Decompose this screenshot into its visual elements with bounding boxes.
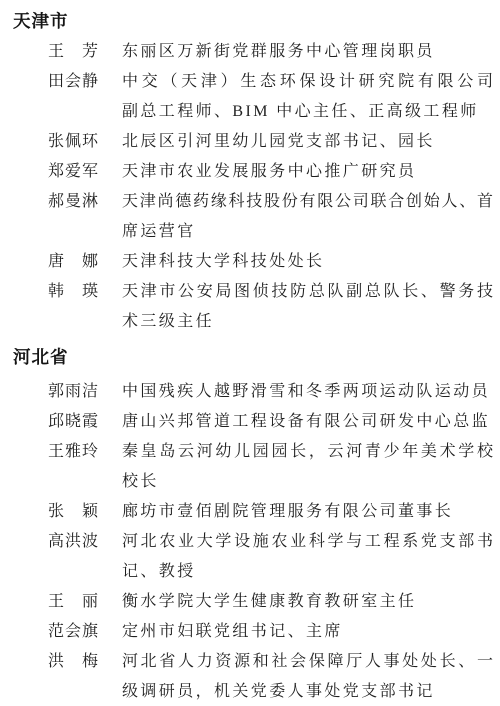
honoree-name: 王 丽 — [48, 587, 100, 617]
honoree-title-line: 河北农业大学设施农业科学与工程系党支部书 — [122, 527, 494, 557]
honoree-row: 王 丽衡水学院大学生健康教育教研室主任 — [48, 587, 500, 617]
honoree-name: 王 芳 — [48, 37, 100, 67]
honoree-row: 唐 娜天津科技大学科技处处长 — [48, 247, 500, 277]
honoree-title: 天津科技大学科技处处长 — [122, 247, 494, 277]
section-header: 天津市 — [13, 5, 500, 37]
honoree-title-line: 校长 — [122, 467, 494, 497]
honoree-row: 洪 梅河北省人力资源和社会保障厅人事处处长、一级调研员，机关党委人事处党支部书记 — [48, 647, 500, 706]
honoree-title-line: 天津市农业发展服务中心推广研究员 — [122, 157, 494, 187]
honoree-row: 田会静中交（天津）生态环保设计研究院有限公司副总工程师、BIM 中心主任、正高级… — [48, 67, 500, 127]
honoree-title: 秦皇岛云河幼儿园园长，云河青少年美术学校校长 — [122, 437, 494, 497]
honoree-name: 田会静 — [48, 67, 100, 97]
honoree-title-line: 秦皇岛云河幼儿园园长，云河青少年美术学校 — [122, 437, 494, 467]
honoree-title-line: 衡水学院大学生健康教育教研室主任 — [122, 587, 494, 617]
honoree-title: 东丽区万新街党群服务中心管理岗职员 — [122, 37, 494, 67]
honoree-title-line: 东丽区万新街党群服务中心管理岗职员 — [122, 37, 494, 67]
honoree-title: 中交（天津）生态环保设计研究院有限公司副总工程师、BIM 中心主任、正高级工程师 — [122, 67, 494, 127]
section-entries: 王 芳东丽区万新街党群服务中心管理岗职员田会静中交（天津）生态环保设计研究院有限… — [13, 37, 500, 337]
honoree-row: 郑爱军天津市农业发展服务中心推广研究员 — [48, 157, 500, 187]
honoree-name: 韩 瑛 — [48, 277, 100, 307]
honoree-title: 廊坊市壹佰剧院管理服务有限公司董事长 — [122, 497, 494, 527]
honoree-name: 郝曼淋 — [48, 187, 100, 217]
section-hebei: 河北省 郭雨洁中国残疾人越野滑雪和冬季两项运动队运动员邱晓霞唐山兴邦管道工程设备… — [13, 341, 500, 706]
honoree-row: 高洪波河北农业大学设施农业科学与工程系党支部书记、教授 — [48, 527, 500, 587]
honoree-title-line: 定州市妇联党组书记、主席 — [122, 617, 494, 647]
honoree-name: 邱晓霞 — [48, 407, 100, 437]
honoree-title-line: 唐山兴邦管道工程设备有限公司研发中心总监 — [122, 407, 494, 437]
honoree-title: 天津尚德药缘科技股份有限公司联合创始人、首席运营官 — [122, 187, 494, 247]
honoree-name: 郭雨洁 — [48, 377, 100, 407]
honoree-row: 韩 瑛天津市公安局图侦技防总队副总队长、警务技术三级主任 — [48, 277, 500, 337]
honoree-title-line: 级调研员，机关党委人事处党支部书记 — [122, 677, 494, 706]
honoree-title: 唐山兴邦管道工程设备有限公司研发中心总监 — [122, 407, 494, 437]
document-page: 天津市 王 芳东丽区万新街党群服务中心管理岗职员田会静中交（天津）生态环保设计研… — [0, 0, 500, 706]
honoree-name: 郑爱军 — [48, 157, 100, 187]
honoree-row: 郭雨洁中国残疾人越野滑雪和冬季两项运动队运动员 — [48, 377, 500, 407]
honoree-title: 河北农业大学设施农业科学与工程系党支部书记、教授 — [122, 527, 494, 587]
honoree-title: 定州市妇联党组书记、主席 — [122, 617, 494, 647]
honoree-title: 衡水学院大学生健康教育教研室主任 — [122, 587, 494, 617]
section-entries: 郭雨洁中国残疾人越野滑雪和冬季两项运动队运动员邱晓霞唐山兴邦管道工程设备有限公司… — [13, 377, 500, 706]
honoree-title: 天津市公安局图侦技防总队副总队长、警务技术三级主任 — [122, 277, 494, 337]
honoree-name: 王雅玲 — [48, 437, 100, 467]
honoree-title-line: 席运营官 — [122, 217, 494, 247]
honoree-row: 邱晓霞唐山兴邦管道工程设备有限公司研发中心总监 — [48, 407, 500, 437]
honoree-name: 张佩环 — [48, 127, 100, 157]
honoree-title: 北辰区引河里幼儿园党支部书记、园长 — [122, 127, 494, 157]
honoree-row: 王雅玲秦皇岛云河幼儿园园长，云河青少年美术学校校长 — [48, 437, 500, 497]
honoree-title-line: 北辰区引河里幼儿园党支部书记、园长 — [122, 127, 494, 157]
honoree-row: 王 芳东丽区万新街党群服务中心管理岗职员 — [48, 37, 500, 67]
honoree-title-line: 记、教授 — [122, 557, 494, 587]
honoree-title-line: 中国残疾人越野滑雪和冬季两项运动队运动员 — [122, 377, 494, 407]
honoree-title-line: 中交（天津）生态环保设计研究院有限公司 — [122, 67, 494, 97]
honoree-name: 范会旗 — [48, 617, 100, 647]
honoree-title-line: 廊坊市壹佰剧院管理服务有限公司董事长 — [122, 497, 494, 527]
honoree-name: 张 颖 — [48, 497, 100, 527]
section-header: 河北省 — [13, 341, 500, 373]
honoree-title-line: 术三级主任 — [122, 307, 494, 337]
honoree-title: 中国残疾人越野滑雪和冬季两项运动队运动员 — [122, 377, 494, 407]
honoree-title: 天津市农业发展服务中心推广研究员 — [122, 157, 494, 187]
honoree-title-line: 天津科技大学科技处处长 — [122, 247, 494, 277]
honoree-row: 范会旗定州市妇联党组书记、主席 — [48, 617, 500, 647]
honoree-title-line: 河北省人力资源和社会保障厅人事处处长、一 — [122, 647, 494, 677]
honoree-row: 张 颖廊坊市壹佰剧院管理服务有限公司董事长 — [48, 497, 500, 527]
honoree-row: 郝曼淋天津尚德药缘科技股份有限公司联合创始人、首席运营官 — [48, 187, 500, 247]
honoree-title-line: 天津市公安局图侦技防总队副总队长、警务技 — [122, 277, 494, 307]
honoree-name: 高洪波 — [48, 527, 100, 557]
honoree-name: 洪 梅 — [48, 647, 100, 677]
honoree-name: 唐 娜 — [48, 247, 100, 277]
honoree-title: 河北省人力资源和社会保障厅人事处处长、一级调研员，机关党委人事处党支部书记 — [122, 647, 494, 706]
section-tianjin: 天津市 王 芳东丽区万新街党群服务中心管理岗职员田会静中交（天津）生态环保设计研… — [13, 5, 500, 337]
honoree-title-line: 副总工程师、BIM 中心主任、正高级工程师 — [122, 97, 494, 127]
honoree-title-line: 天津尚德药缘科技股份有限公司联合创始人、首 — [122, 187, 494, 217]
honoree-row: 张佩环北辰区引河里幼儿园党支部书记、园长 — [48, 127, 500, 157]
